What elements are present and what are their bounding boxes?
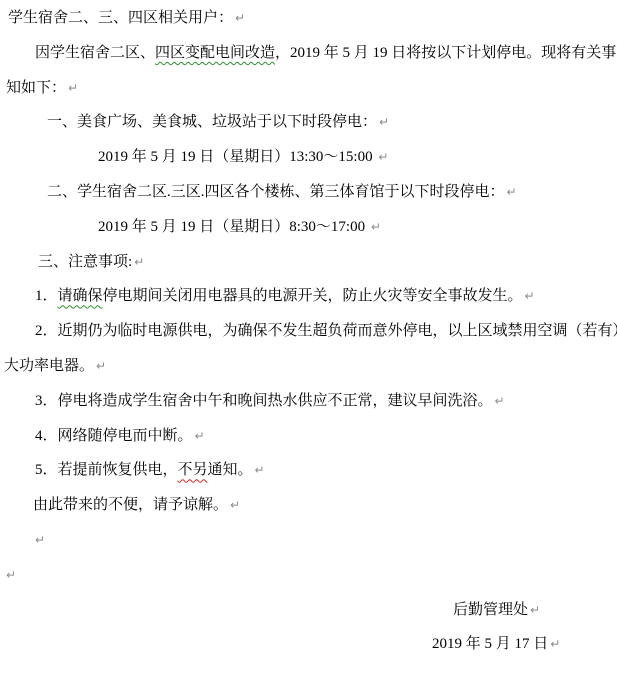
paragraph-mark-icon: ↵ bbox=[379, 115, 389, 129]
doc-line: 二、学生宿舍二区.三区.四区各个楼栋、第三体育馆于以下时段停电：↵ bbox=[0, 175, 617, 210]
doc-line: 由此带来的不便，请予谅解。↵ bbox=[0, 488, 617, 523]
paragraph-mark-icon: ↵ bbox=[255, 463, 265, 477]
paragraph-mark-icon: ↵ bbox=[525, 289, 535, 303]
doc-line: 1．请确保停电期间关闭用电器具的电源开关，防止火灾等安全事故发生。↵ bbox=[0, 279, 617, 314]
doc-line: 三、注意事项:↵ bbox=[0, 245, 617, 280]
doc-line: 一、美食广场、美食城、垃圾站于以下时段停电：↵ bbox=[0, 105, 617, 140]
text-run: 3．停电将造成学生宿舍中午和晚间热水供应不正常，建议早间洗浴。 bbox=[35, 393, 493, 409]
doc-line: 后勤管理处↵ bbox=[0, 593, 617, 628]
paragraph-mark-icon: ↵ bbox=[507, 185, 517, 199]
doc-line: 因学生宿舍二区、四区变配电间改造，2019 年 5 月 19 日将按以下计划停电… bbox=[0, 36, 617, 71]
text-run: 学生宿舍二、三、四区相关用户： bbox=[8, 10, 233, 26]
paragraph-mark-icon: ↵ bbox=[530, 603, 540, 617]
paragraph-mark-icon: ↵ bbox=[6, 568, 16, 582]
doc-line: 2．近期仍为临时电源供电，为确保不发生超负荷而意外停电，以上区域禁用空调（若有）… bbox=[0, 314, 617, 349]
spellcheck-red-run: 不另 bbox=[178, 462, 208, 478]
text-run: 二、学生宿舍二区.三区.四区各个楼栋、第三体育馆于以下时段停电： bbox=[47, 184, 505, 200]
text-run: 5．若提前恢复供电， bbox=[35, 462, 178, 478]
text-run: 2019 年 5 月 17 日 bbox=[432, 636, 548, 652]
doc-line: 知如下：↵ bbox=[0, 71, 617, 106]
doc-line: 5．若提前恢复供电，不另通知。↵ bbox=[0, 453, 617, 488]
paragraph-mark-icon: ↵ bbox=[35, 533, 45, 547]
paragraph-mark-icon: ↵ bbox=[371, 220, 381, 234]
text-run: 通知。 bbox=[208, 462, 253, 478]
paragraph-mark-icon: ↵ bbox=[68, 81, 78, 95]
text-run: 1． bbox=[35, 288, 58, 304]
text-run: 因学生宿舍二区、 bbox=[35, 45, 155, 61]
paragraph-mark-icon: ↵ bbox=[230, 498, 240, 512]
doc-line: 学生宿舍二、三、四区相关用户：↵ bbox=[0, 1, 617, 36]
doc-line: 3．停电将造成学生宿舍中午和晚间热水供应不正常，建议早间洗浴。↵ bbox=[0, 384, 617, 419]
text-run: 一、美食广场、美食城、垃圾站于以下时段停电： bbox=[47, 114, 377, 130]
paragraph-mark-icon: ↵ bbox=[495, 394, 505, 408]
text-run: 4．网络随停电而中断。 bbox=[35, 428, 193, 444]
doc-line: 2019 年 5 月 17 日↵ bbox=[0, 627, 617, 662]
doc-line: 大功率电器。↵ bbox=[0, 349, 617, 384]
paragraph-mark-icon: ↵ bbox=[96, 359, 106, 373]
paragraph-mark-icon: ↵ bbox=[195, 429, 205, 443]
paragraph-mark-icon: ↵ bbox=[235, 11, 245, 25]
text-run: 停电期间关闭用电器具的电源开关，防止火灾等安全事故发生。 bbox=[103, 288, 523, 304]
document-body: 学生宿舍二、三、四区相关用户：↵因学生宿舍二区、四区变配电间改造，2019 年 … bbox=[0, 1, 617, 662]
text-run: 2．近期仍为临时电源供电，为确保不发生超负荷而意外停电，以上区域禁用空调（若有）… bbox=[35, 323, 617, 339]
paragraph-mark-icon: ↵ bbox=[550, 637, 560, 651]
document-page: 学生宿舍二、三、四区相关用户：↵因学生宿舍二区、四区变配电间改造，2019 年 … bbox=[0, 0, 617, 674]
doc-line: 2019 年 5 月 19 日（星期日）8:30～17:00 ↵ bbox=[0, 210, 617, 245]
text-run: 大功率电器。 bbox=[4, 358, 94, 374]
doc-line: ↵ bbox=[0, 558, 617, 593]
text-run: ，2019 年 5 月 19 日将按以下计划停电。现将有关事项通 bbox=[275, 45, 617, 61]
paragraph-mark-icon: ↵ bbox=[378, 150, 388, 164]
text-run: 知如下： bbox=[6, 80, 66, 96]
doc-line: 2019 年 5 月 19 日（星期日）13:30～15:00 ↵ bbox=[0, 140, 617, 175]
doc-line: ↵ bbox=[0, 523, 617, 558]
text-run: 后勤管理处 bbox=[453, 602, 528, 618]
text-run: 2019 年 5 月 19 日（星期日）8:30～17:00 bbox=[98, 219, 369, 235]
text-run: 2019 年 5 月 19 日（星期日）13:30～15:00 bbox=[98, 149, 376, 165]
doc-line: 4．网络随停电而中断。↵ bbox=[0, 419, 617, 454]
text-run: 由此带来的不便，请予谅解。 bbox=[33, 497, 228, 513]
spellcheck-green-run: 四区变配电间改造 bbox=[155, 45, 275, 61]
paragraph-mark-icon: ↵ bbox=[134, 255, 144, 269]
spellcheck-green-run: 请确保 bbox=[58, 288, 103, 304]
text-run: 三、注意事项: bbox=[38, 254, 132, 270]
